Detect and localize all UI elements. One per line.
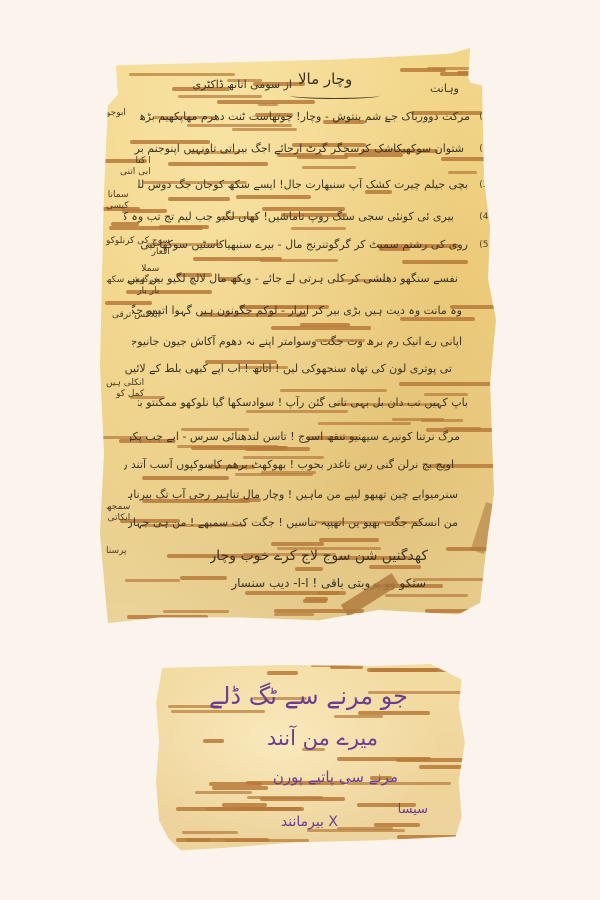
bark-lenticel <box>303 599 327 603</box>
bark-lenticel <box>319 538 379 542</box>
margin-note: سملاخرگوشے سکھبار بار <box>106 264 159 297</box>
margin-note: انکلی ہیںکمل کو <box>106 378 144 400</box>
bark-lenticel <box>171 710 265 713</box>
bark-lenticel <box>195 791 252 794</box>
bark-lenticel <box>125 579 180 582</box>
line-number: (5) <box>479 240 492 250</box>
line-number: (1) <box>479 112 492 122</box>
manuscript-line: اپانی رے انیک رم برھ وِت جگت وسوامتر اپن… <box>132 335 462 348</box>
note-line: جو مرنے سے ٹگ ڈلے <box>209 682 408 710</box>
bark-lenticel <box>142 476 229 480</box>
margin-note: سمجھابکاتی <box>106 502 130 524</box>
manuscript-line: بچی جیلم چیرت کشک آپ سنبھارت جال! ایسے س… <box>138 178 468 191</box>
bark-lenticel <box>367 848 419 852</box>
margin-note: پرسنا <box>106 546 126 557</box>
bark-lenticel <box>163 610 229 613</box>
bark-lenticel <box>441 157 498 161</box>
bark-lenticel <box>203 739 224 743</box>
bark-lenticel <box>205 807 301 811</box>
manuscript-note-sheet: جو مرنے سے ٹگ ڈلے میرے من آنند مرنے سی پ… <box>156 664 468 860</box>
bark-lenticel <box>311 664 351 667</box>
bark-lenticel <box>440 72 498 76</box>
bark-lenticel <box>232 128 297 131</box>
note-signature: X بیرمانند <box>281 814 338 830</box>
bark-lenticel <box>186 838 210 842</box>
bark-lenticel <box>280 389 387 392</box>
note-line: سیسا <box>398 802 428 817</box>
bark-lenticel <box>109 226 203 230</box>
bark-lenticel <box>182 831 238 834</box>
manuscript-line: مرکت دوورباک جۓ شم بنتوش - وچار! چوتھاست… <box>140 110 470 123</box>
manuscript-title: وچار مالا <box>298 70 352 88</box>
bark-lenticel <box>295 567 323 571</box>
note-line: میرے من آنند <box>267 726 378 750</box>
heading-right: وہانت <box>430 82 459 95</box>
manuscript-main-sheet: وہانت وچار مالا از سومی اتانھ ڈاکٹری مرک… <box>100 48 498 626</box>
bark-lenticel <box>178 95 262 98</box>
bark-lenticel <box>180 576 227 580</box>
manuscript-line: من انسکم جگت بھیو یں انھیپہ تناسیں ! جگت… <box>128 516 458 529</box>
manuscript-line: شتوان سوکھیکاشک کرسجگر گرٹ ارجائے اجگ بی… <box>134 142 464 155</box>
bark-lenticel <box>187 124 292 127</box>
bark-lenticel <box>317 591 346 595</box>
bark-lenticel <box>193 257 282 261</box>
bark-lenticel <box>247 796 323 799</box>
bark-lenticel <box>224 57 265 60</box>
manuscript-line: نفسے سنگھو دھلشی کر کلی ہرتی لے جائے - و… <box>128 272 458 285</box>
margin-note: ا کتاابی اتنی <box>120 156 151 178</box>
bark-lenticel <box>399 382 498 386</box>
bark-lenticel <box>427 67 498 70</box>
bark-lenticel <box>246 410 348 413</box>
bark-lenticel <box>297 155 348 159</box>
bark-lenticel <box>448 171 477 174</box>
manuscript-subtitle: از سومی اتانھ ڈاکٹری <box>172 78 292 91</box>
margin-note: سماناکیسی <box>106 190 129 212</box>
manuscript-line: کھدگنیں شن سوج لاج کرے خوب وچار <box>210 548 428 564</box>
note-line: مرنے سی پاتیے پورن <box>273 768 398 786</box>
bark-lenticel <box>271 542 324 546</box>
manuscript-line: اوپج بچ نرلن گنی رس تاغدر بحوب ! بھوکھٹ … <box>124 458 454 471</box>
manuscript-line: سنرمیوایے چین تھیھو لیپے من ماہیں ! وچار… <box>128 488 458 501</box>
bark-lenticel <box>291 227 346 230</box>
bark-lenticel <box>235 473 313 476</box>
bark-lenticel <box>236 195 311 199</box>
manuscript-line: باپ کہیں تب دان بل بہی تانی گئن رآپ ! سو… <box>138 396 468 409</box>
bark-lenticel <box>370 668 468 672</box>
bark-lenticel <box>129 73 235 76</box>
bark-lenticel <box>307 55 355 59</box>
bark-lenticel <box>396 758 468 762</box>
bark-lenticel <box>302 166 356 169</box>
bark-lenticel <box>421 419 463 422</box>
bark-lenticel <box>127 615 208 619</box>
bark-lenticel <box>267 671 298 675</box>
bark-lenticel <box>216 856 271 859</box>
manuscript-line: تی پوتری لون کی تھاہ سنجھوکی لیں ! اتانھ… <box>125 362 452 375</box>
bark-lenticel <box>235 855 268 858</box>
margin-note: ابوجو <box>106 108 126 119</box>
bark-lenticel <box>318 422 411 425</box>
manuscript-line: وہ مانت وہ دیت ہیں بڑی بیر کر ابرار - لو… <box>132 304 462 317</box>
bark-lenticel <box>374 823 420 827</box>
bark-lenticel <box>274 613 314 616</box>
bark-lenticel <box>247 49 276 53</box>
bark-lenticel <box>397 835 468 839</box>
bark-lenticel <box>248 446 286 450</box>
manuscript-line: روی کی رشتم سمیٹ کر گرگوتنرنج مال - بیرے… <box>138 238 468 251</box>
bark-lenticel <box>148 58 190 62</box>
bark-lenticel <box>419 765 468 769</box>
bark-lenticel <box>369 565 421 569</box>
bark-lenticel <box>212 786 268 790</box>
bark-lenticel <box>425 609 486 613</box>
bark-lenticel <box>168 162 268 166</box>
manuscript-line: مرگ نرتنا کونیرے سیھنیو تنقھ اسوج ! تاسن… <box>130 430 460 443</box>
line-number: (4) <box>479 212 492 222</box>
title-flourish <box>290 92 380 99</box>
bark-lenticel <box>334 715 383 718</box>
bark-lenticel <box>209 782 262 786</box>
margin-note: ابلاکس ترقی <box>112 310 160 321</box>
bark-lenticel <box>168 197 230 201</box>
bark-lenticel <box>385 594 468 597</box>
line-number: (2) <box>479 144 492 154</box>
bark-lenticel <box>271 326 371 330</box>
manuscript-line: بیری ئی کونئی سجی سنگ روپ تاماشیں! کھاں … <box>124 210 454 223</box>
bark-lenticel <box>358 711 430 715</box>
line-number: (3) <box>479 180 492 190</box>
bark-tear-right <box>471 502 498 554</box>
margin-note: سوچ کی کرنلوکوافعار <box>106 236 170 258</box>
bark-lenticel <box>402 260 468 264</box>
bark-lenticel <box>217 100 315 104</box>
bark-lenticel <box>400 317 475 321</box>
